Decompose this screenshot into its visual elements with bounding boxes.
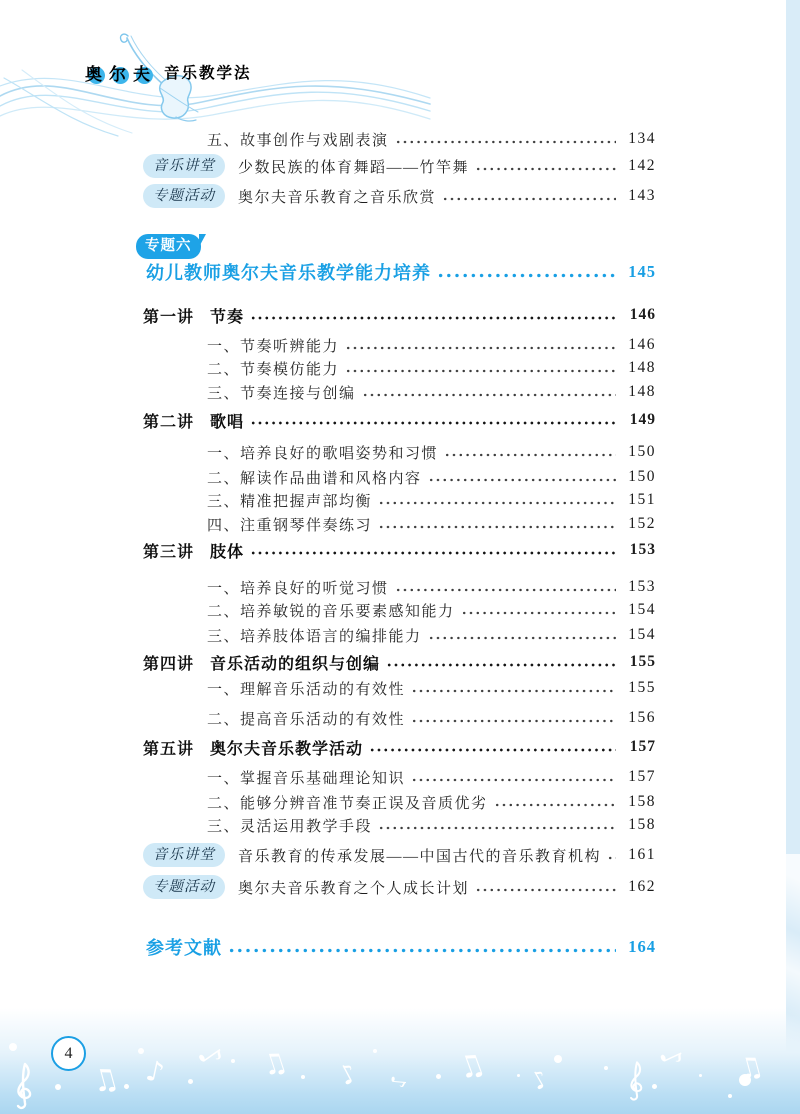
- toc-entry: 二、提高音乐活动的有效性 156: [207, 707, 656, 729]
- entry-title: 三、培养肢体语言的编排能力: [207, 625, 422, 646]
- entry-page: 154: [624, 601, 656, 619]
- logo-char: 奥: [84, 58, 108, 86]
- eighth-note-icon: ♪: [388, 1075, 409, 1089]
- leader-dots: [363, 392, 616, 398]
- leader-dots: [462, 610, 616, 616]
- entry-title: 一、掌握音乐基础理论知识: [207, 767, 405, 788]
- toc-entry: 二、节奏模仿能力 148: [207, 357, 656, 379]
- references-row: 参考文献 164: [146, 934, 656, 960]
- entry-page: 161: [624, 846, 656, 864]
- leader-dots: [370, 747, 616, 753]
- entry-page: 146: [624, 306, 656, 324]
- leader-dots: [387, 662, 616, 668]
- leader-dots: [412, 718, 616, 724]
- section-badge: 专题六: [136, 234, 201, 259]
- toc-entry: 专题活动 奥尔夫音乐教育之音乐欣赏 143: [143, 184, 656, 208]
- entry-page: 155: [624, 653, 656, 671]
- treble-clef-icon: [626, 1060, 648, 1102]
- leader-dots: [229, 947, 616, 954]
- leader-dots: [412, 777, 616, 783]
- lecture-label: 第三讲: [143, 539, 194, 562]
- entry-title: 奥尔夫音乐教育之音乐欣赏: [238, 186, 436, 207]
- entry-title: 奥尔夫音乐教育之个人成长计划: [238, 877, 469, 898]
- logo-char-text: 夫: [133, 60, 150, 85]
- entry-title: 三、灵活运用教学手段: [207, 815, 372, 836]
- toc-entry: 二、培养敏锐的音乐要素感知能力 154: [207, 599, 656, 621]
- entry-title: 歌唱: [210, 409, 244, 432]
- decor-dot: [517, 1074, 520, 1077]
- entry-page: 156: [624, 709, 656, 727]
- entry-title: 二、提高音乐活动的有效性: [207, 708, 405, 729]
- toc-entry: 第五讲 奥尔夫音乐教学活动 157: [143, 736, 656, 758]
- entry-page: 148: [624, 359, 656, 377]
- entry-page: 157: [624, 768, 656, 786]
- entry-page: 162: [624, 878, 656, 896]
- entry-title: 一、培养良好的听觉习惯: [207, 577, 389, 598]
- entry-page: 143: [624, 187, 656, 205]
- toc-entry: 一、培养良好的歌唱姿势和习惯 150: [207, 441, 656, 463]
- treble-clef-icon: [12, 1062, 38, 1110]
- leader-dots: [443, 196, 616, 202]
- entry-title: 二、解读作品曲谱和风格内容: [207, 467, 422, 488]
- leader-dots: [346, 345, 616, 351]
- leader-dots: [379, 500, 616, 506]
- leader-dots: [346, 368, 616, 374]
- leader-dots: [251, 550, 616, 556]
- logo-subtitle: 音乐教学法: [164, 61, 252, 83]
- toc-entry: 音乐讲堂 少数民族的体育舞蹈——竹竿舞 142: [143, 154, 656, 178]
- badge-pill: 音乐讲堂: [143, 843, 225, 867]
- page-edge-bar: [786, 0, 800, 1114]
- logo-char-text: 尔: [109, 60, 126, 85]
- toc-entry: 二、能够分辨音准节奏正误及音质优劣 158: [207, 791, 656, 813]
- entry-page: 154: [624, 626, 656, 644]
- decor-dot: [604, 1066, 608, 1070]
- entry-title: 少数民族的体育舞蹈——竹竿舞: [238, 156, 469, 177]
- decor-dot: [9, 1043, 17, 1051]
- entry-page: 158: [624, 816, 656, 834]
- entry-title: 节奏: [210, 304, 244, 327]
- toc-entry: 四、注重钢琴伴奏练习 152: [207, 513, 656, 535]
- logo-char-text: 奥: [85, 60, 102, 85]
- leader-dots: [608, 855, 616, 861]
- chapter-heading: 幼儿教师奥尔夫音乐教学能力培养: [146, 259, 431, 285]
- leader-dots: [251, 420, 616, 426]
- entry-page: 146: [624, 336, 656, 354]
- decor-dot: [301, 1075, 305, 1079]
- book-logo: 奥 尔 夫 音乐教学法: [84, 58, 252, 86]
- entry-page: 150: [624, 443, 656, 461]
- entry-page: 150: [624, 468, 656, 486]
- decor-dot: [188, 1079, 193, 1084]
- entry-page: 151: [624, 491, 656, 509]
- lecture-label: 第一讲: [143, 304, 194, 327]
- leader-dots: [429, 635, 616, 641]
- entry-title: 四、注重钢琴伴奏练习: [207, 514, 372, 535]
- entry-title: 音乐教育的传承发展——中国古代的音乐教育机构: [238, 845, 601, 866]
- toc-entry: 专题活动 奥尔夫音乐教育之个人成长计划 162: [143, 875, 656, 899]
- entry-page: 148: [624, 383, 656, 401]
- decor-dot: [373, 1049, 377, 1053]
- entry-title: 二、培养敏锐的音乐要素感知能力: [207, 600, 455, 621]
- decor-dot: [739, 1074, 751, 1086]
- leader-dots: [429, 477, 616, 483]
- entry-page: 149: [624, 411, 656, 429]
- leader-dots: [495, 802, 616, 808]
- entry-title: 肢体: [210, 539, 244, 562]
- decor-dot: [554, 1055, 562, 1063]
- badge-pill: 专题活动: [143, 875, 225, 899]
- decor-dot: [699, 1074, 702, 1077]
- toc-entry: 三、节奏连接与创编 148: [207, 381, 656, 403]
- toc-entry: 第四讲 音乐活动的组织与创编 155: [143, 651, 656, 673]
- entry-page: 164: [624, 937, 656, 957]
- leader-dots: [251, 315, 616, 321]
- entry-page: 142: [624, 157, 656, 175]
- decor-dot: [55, 1084, 61, 1090]
- chapter-heading-row: 幼儿教师奥尔夫音乐教学能力培养 145: [146, 259, 656, 285]
- entry-page: 153: [624, 541, 656, 559]
- entry-title: 三、节奏连接与创编: [207, 382, 356, 403]
- toc-entry: 三、精准把握声部均衡 151: [207, 489, 656, 511]
- page-number-circle: 4: [51, 1036, 86, 1071]
- toc-entry: 第二讲 歌唱 149: [143, 409, 656, 431]
- toc-entry: 一、培养良好的听觉习惯 153: [207, 576, 656, 598]
- toc-entry: 二、解读作品曲谱和风格内容 150: [207, 466, 656, 488]
- toc-entry: 第三讲 肢体 153: [143, 539, 656, 561]
- entry-page: 157: [624, 738, 656, 756]
- leader-dots: [379, 825, 616, 831]
- entry-title: 三、精准把握声部均衡: [207, 490, 372, 511]
- leader-dots: [379, 524, 616, 530]
- logo-char: 尔: [108, 58, 132, 86]
- toc-entry: 第一讲 节奏 146: [143, 304, 656, 326]
- entry-title: 二、节奏模仿能力: [207, 358, 339, 379]
- leader-dots: [438, 272, 616, 279]
- entry-page: 153: [624, 578, 656, 596]
- lecture-label: 第二讲: [143, 409, 194, 432]
- decor-dot: [728, 1094, 732, 1098]
- toc-entry: 一、节奏听辨能力 146: [207, 334, 656, 356]
- leader-dots: [445, 452, 616, 458]
- entry-title: 一、培养良好的歌唱姿势和习惯: [207, 442, 438, 463]
- references-heading: 参考文献: [146, 934, 222, 960]
- entry-title: 奥尔夫音乐教学活动: [210, 736, 363, 759]
- decor-dot: [124, 1084, 129, 1089]
- entry-page: 158: [624, 793, 656, 811]
- leader-dots: [396, 587, 616, 593]
- toc-entry: 音乐讲堂 音乐教育的传承发展——中国古代的音乐教育机构 161: [143, 843, 656, 867]
- lecture-label: 第四讲: [143, 651, 194, 674]
- entry-page: 145: [624, 262, 656, 282]
- leader-dots: [412, 688, 616, 694]
- book-toc-page: 奥 尔 夫 音乐教学法 五、故事创作与戏剧表演 134 音乐讲堂 少数民族的体育…: [0, 0, 800, 1114]
- entry-title: 一、节奏听辨能力: [207, 335, 339, 356]
- toc-entry: 一、掌握音乐基础理论知识 157: [207, 766, 656, 788]
- entry-page: 134: [624, 130, 656, 148]
- entry-title: 一、理解音乐活动的有效性: [207, 678, 405, 699]
- entry-title: 音乐活动的组织与创编: [210, 651, 380, 674]
- decor-dot: [231, 1059, 235, 1063]
- leader-dots: [476, 887, 616, 893]
- toc-entry: 三、培养肢体语言的编排能力 154: [207, 624, 656, 646]
- toc-entry: 一、理解音乐活动的有效性 155: [207, 677, 656, 699]
- badge-pill: 专题活动: [143, 184, 225, 208]
- leader-dots: [476, 166, 616, 172]
- badge-pill: 音乐讲堂: [143, 154, 225, 178]
- decor-dot: [652, 1084, 657, 1089]
- lecture-label: 第五讲: [143, 736, 194, 759]
- toc-entry: 三、灵活运用教学手段 158: [207, 814, 656, 836]
- logo-char: 夫: [132, 58, 156, 86]
- entry-title: 二、能够分辨音准节奏正误及音质优劣: [207, 792, 488, 813]
- entry-page: 152: [624, 515, 656, 533]
- decor-dot: [436, 1074, 441, 1079]
- entry-page: 155: [624, 679, 656, 697]
- leader-dots: [396, 139, 616, 145]
- decor-dot: [138, 1048, 144, 1054]
